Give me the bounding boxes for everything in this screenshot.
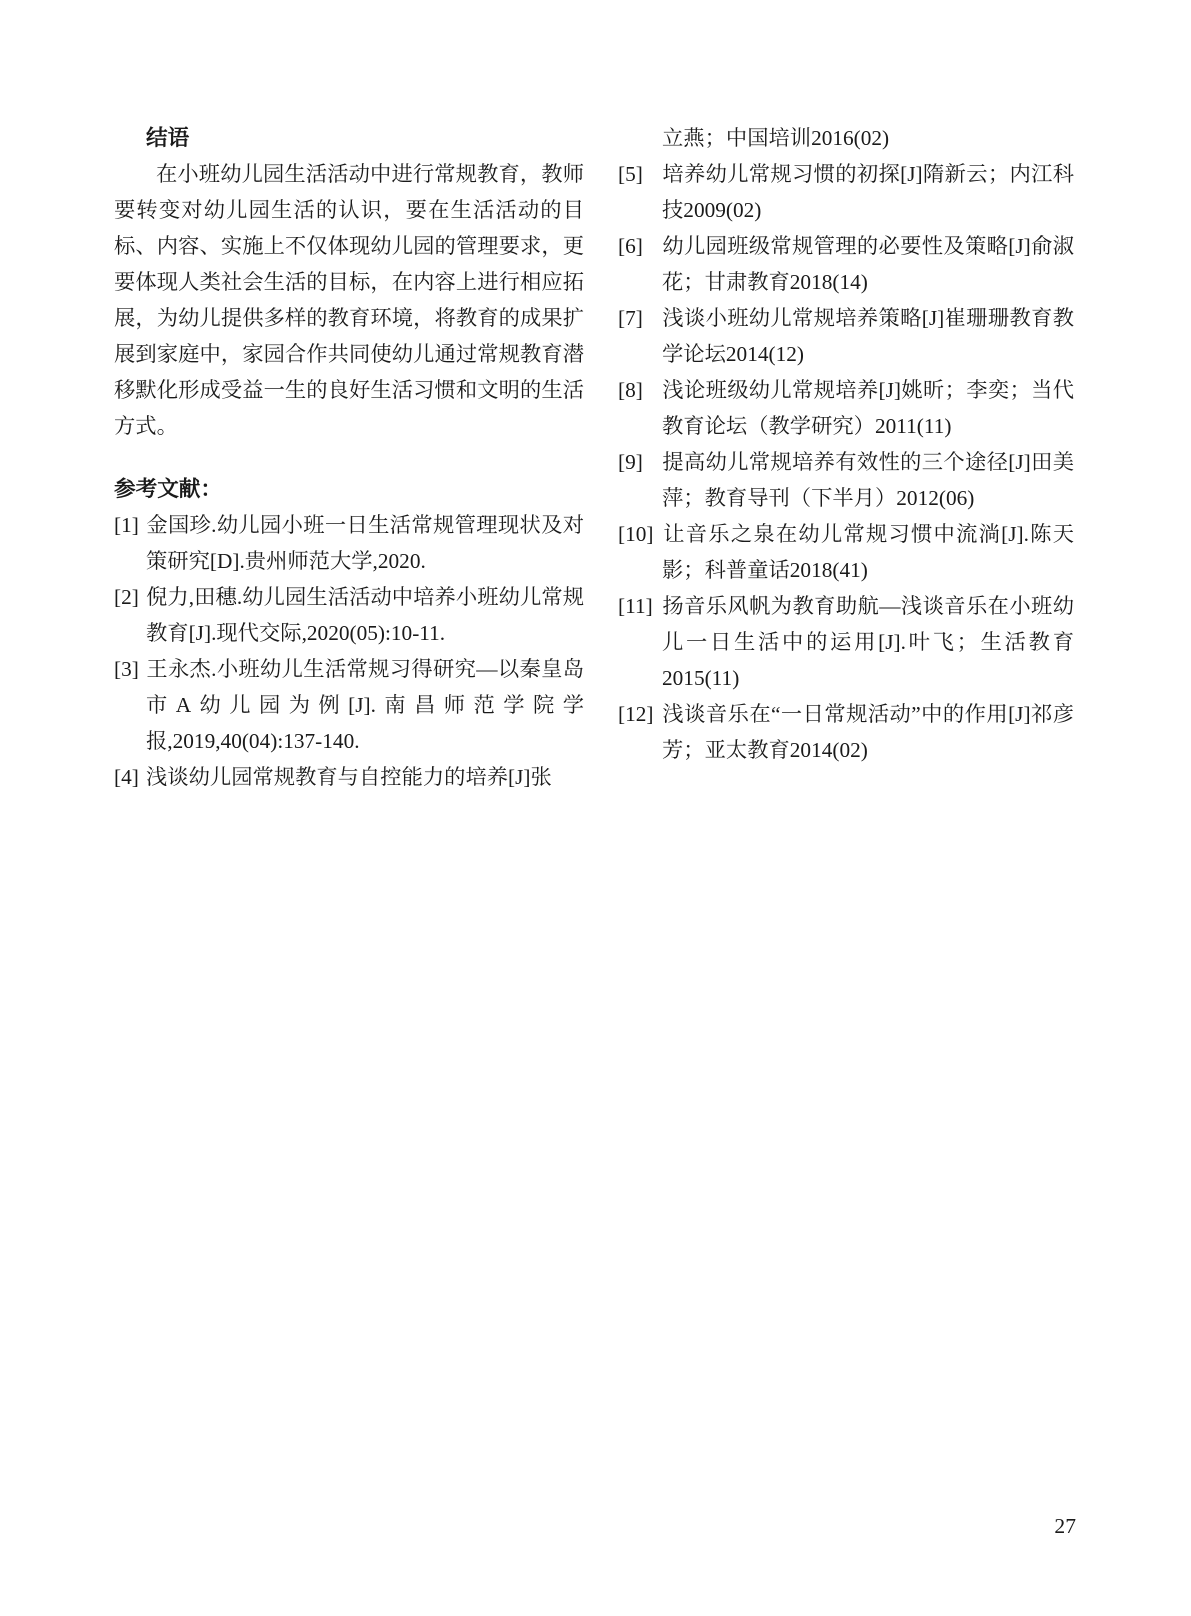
reference-continuation: 立燕；中国培训2016(02) [618, 120, 1074, 156]
reference-marker: [12] [618, 696, 662, 732]
reference-marker: [7] [618, 300, 662, 336]
reference-text: 浅谈幼儿园常规教育与自控能力的培养[J]张 [146, 765, 552, 789]
reference-marker: [2] [114, 579, 146, 615]
reference-text: 金国珍.幼儿园小班一日生活常规管理现状及对策研究[D].贵州师范大学,2020. [146, 513, 584, 573]
page-number: 27 [1018, 1510, 1076, 1542]
reference-item: [7]浅谈小班幼儿常规培养策略[J]崔珊珊教育教学论坛2014(12) [618, 300, 1074, 372]
reference-marker: [11] [618, 588, 662, 624]
conclusion-heading: 结语 [114, 120, 584, 156]
reference-text: 培养幼儿常规习惯的初探[J]隋新云；内江科技2009(02) [662, 162, 1074, 222]
reference-marker: [1] [114, 507, 146, 543]
reference-marker: [6] [618, 228, 662, 264]
reference-text: 幼儿园班级常规管理的必要性及策略[J]俞淑花；甘肃教育2018(14) [662, 234, 1074, 294]
reference-item: [5]培养幼儿常规习惯的初探[J]隋新云；内江科技2009(02) [618, 156, 1074, 228]
reference-text: 提高幼儿常规培养有效性的三个途径[J]田美萍；教育导刊（下半月）2012(06) [662, 450, 1074, 510]
reference-item: [6]幼儿园班级常规管理的必要性及策略[J]俞淑花；甘肃教育2018(14) [618, 228, 1074, 300]
right-column: 立燕；中国培训2016(02) [5]培养幼儿常规习惯的初探[J]隋新云；内江科… [618, 120, 1074, 768]
reference-item: [2]倪力,田穗.幼儿园生活活动中培养小班幼儿常规教育[J].现代交际,2020… [114, 579, 584, 651]
left-column: 结语 在小班幼儿园生活活动中进行常规教育，教师要转变对幼儿园生活的认识，要在生活… [114, 120, 584, 795]
reference-item: [1]金国珍.幼儿园小班一日生活常规管理现状及对策研究[D].贵州师范大学,20… [114, 507, 584, 579]
document-page: 结语 在小班幼儿园生活活动中进行常规教育，教师要转变对幼儿园生活的认识，要在生活… [0, 0, 1191, 1616]
reference-item: [8]浅论班级幼儿常规培养[J]姚昕；李奕；当代教育论坛（教学研究）2011(1… [618, 372, 1074, 444]
reference-marker: [4] [114, 759, 146, 795]
reference-marker: [9] [618, 444, 662, 480]
reference-marker: [5] [618, 156, 662, 192]
reference-text: 倪力,田穗.幼儿园生活活动中培养小班幼儿常规教育[J].现代交际,2020(05… [146, 585, 584, 645]
reference-item: [9]提高幼儿常规培养有效性的三个途径[J]田美萍；教育导刊（下半月）2012(… [618, 444, 1074, 516]
reference-item: [10]让音乐之泉在幼儿常规习惯中流淌[J].陈天影；科普童话2018(41) [618, 516, 1074, 588]
reference-item: [4]浅谈幼儿园常规教育与自控能力的培养[J]张 [114, 759, 584, 795]
references-heading: 参考文献： [114, 471, 584, 507]
reference-text: 浅谈音乐在“一日常规活动”中的作用[J]祁彦芳；亚太教育2014(02) [662, 702, 1074, 762]
reference-marker: [3] [114, 651, 146, 687]
conclusion-paragraph: 在小班幼儿园生活活动中进行常规教育，教师要转变对幼儿园生活的认识，要在生活活动的… [114, 156, 584, 444]
reference-text: 扬音乐风帆为教育助航—浅谈音乐在小班幼儿一日生活中的运用[J].叶飞；生活教育2… [662, 594, 1074, 690]
reference-item: [11]扬音乐风帆为教育助航—浅谈音乐在小班幼儿一日生活中的运用[J].叶飞；生… [618, 588, 1074, 696]
reference-text: 让音乐之泉在幼儿常规习惯中流淌[J].陈天影；科普童话2018(41) [662, 522, 1074, 582]
reference-marker: [8] [618, 372, 662, 408]
reference-item: [12]浅谈音乐在“一日常规活动”中的作用[J]祁彦芳；亚太教育2014(02) [618, 696, 1074, 768]
reference-item: [3]王永杰.小班幼儿生活常规习得研究—以秦皇岛市A幼儿园为例[J].南昌师范学… [114, 651, 584, 759]
reference-marker: [10] [618, 516, 662, 552]
reference-text: 浅论班级幼儿常规培养[J]姚昕；李奕；当代教育论坛（教学研究）2011(11) [662, 378, 1074, 438]
reference-text: 浅谈小班幼儿常规培养策略[J]崔珊珊教育教学论坛2014(12) [662, 306, 1074, 366]
reference-text: 王永杰.小班幼儿生活常规习得研究—以秦皇岛市A幼儿园为例[J].南昌师范学院学报… [146, 657, 584, 753]
